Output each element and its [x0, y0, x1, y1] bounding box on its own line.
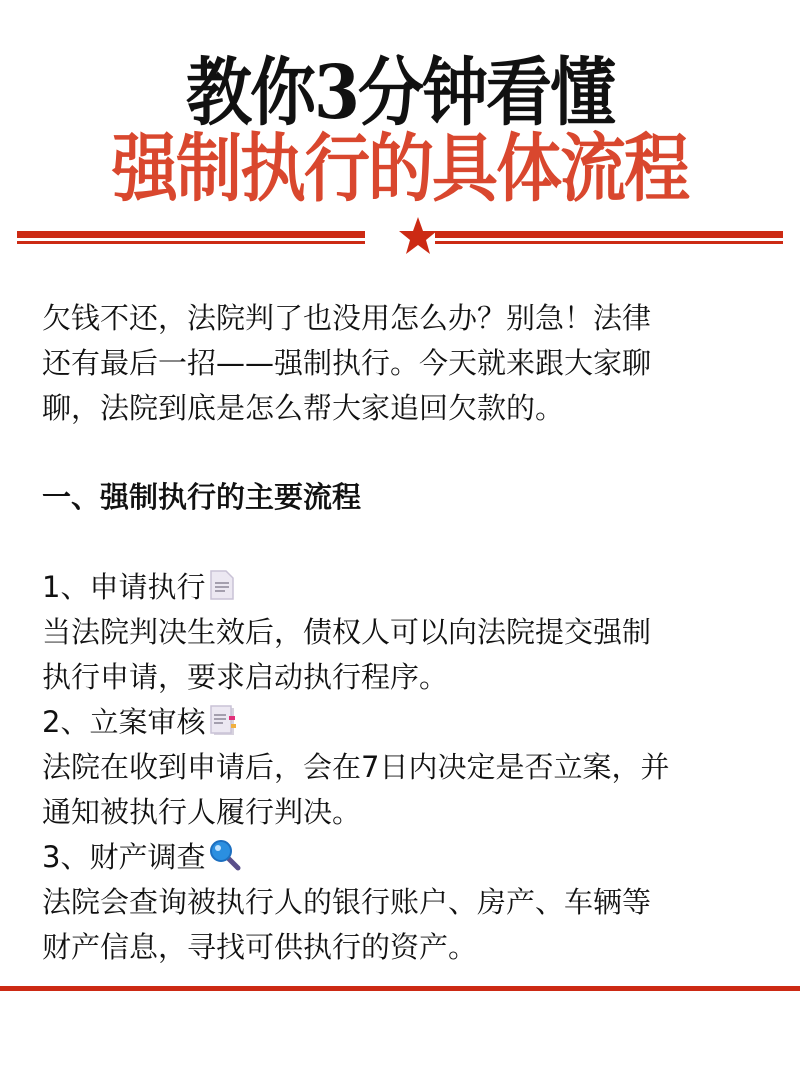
document-icon: [209, 569, 235, 601]
step-line: 法院在收到申请后，会在7日内决定是否立案，并: [42, 745, 762, 790]
divider-bar-right-thick: [435, 231, 783, 238]
step-line: 通知被执行人履行判决。: [42, 790, 762, 835]
step-line: 法院会查询被执行人的银行账户、房产、车辆等: [42, 880, 762, 925]
step-title: 3、财产调查: [42, 835, 762, 880]
step-title: 2、立案审核: [42, 700, 762, 745]
step-item: 1、申请执行 当法院判决生效后，债权人可以向法院提交强制 执行申请，要求启动执行…: [42, 565, 762, 700]
intro-line: 还有最后一招——强制执行。今天就来跟大家聊: [42, 341, 762, 386]
step-title-text: 2、立案审核: [42, 705, 205, 739]
step-line: 财产信息，寻找可供执行的资产。: [42, 925, 762, 970]
intro-line: 欠钱不还，法院判了也没用怎么办？别急！法律: [42, 296, 762, 341]
intro-line: 聊，法院到底是怎么帮大家追回欠款的。: [42, 386, 762, 431]
divider-bar-right-thin: [435, 241, 783, 244]
intro-paragraph: 欠钱不还，法院判了也没用怎么办？别急！法律 还有最后一招——强制执行。今天就来跟…: [42, 296, 762, 431]
bottom-divider: [0, 986, 800, 991]
step-line: 执行申请，要求启动执行程序。: [42, 655, 762, 700]
step-item: 2、立案审核 法院在收到申请后，会在7日内决定是否立案，并 通知被执行人履行判决…: [42, 700, 762, 835]
steps-list: 1、申请执行 当法院判决生效后，债权人可以向法院提交强制 执行申请，要求启动执行…: [42, 565, 762, 970]
step-title-text: 1、申请执行: [42, 570, 205, 604]
step-item: 3、财产调查 法院会查询被执行人的银行账户、房产、车辆等 财产信息，寻找可供执行…: [42, 835, 762, 970]
step-title: 1、申请执行: [42, 565, 762, 610]
title-line-2: 强制执行的具体流程: [0, 123, 800, 213]
magnifier-icon: [209, 839, 241, 871]
step-title-text: 3、财产调查: [42, 840, 205, 874]
star-icon: [398, 216, 438, 256]
divider-bar-left-thin: [17, 241, 365, 244]
section-heading: 一、强制执行的主要流程: [42, 475, 762, 520]
bookmarked-document-icon: [209, 704, 239, 736]
step-line: 当法院判决生效后，债权人可以向法院提交强制: [42, 610, 762, 655]
divider-bar-left-thick: [17, 231, 365, 238]
star-divider: [17, 224, 783, 254]
